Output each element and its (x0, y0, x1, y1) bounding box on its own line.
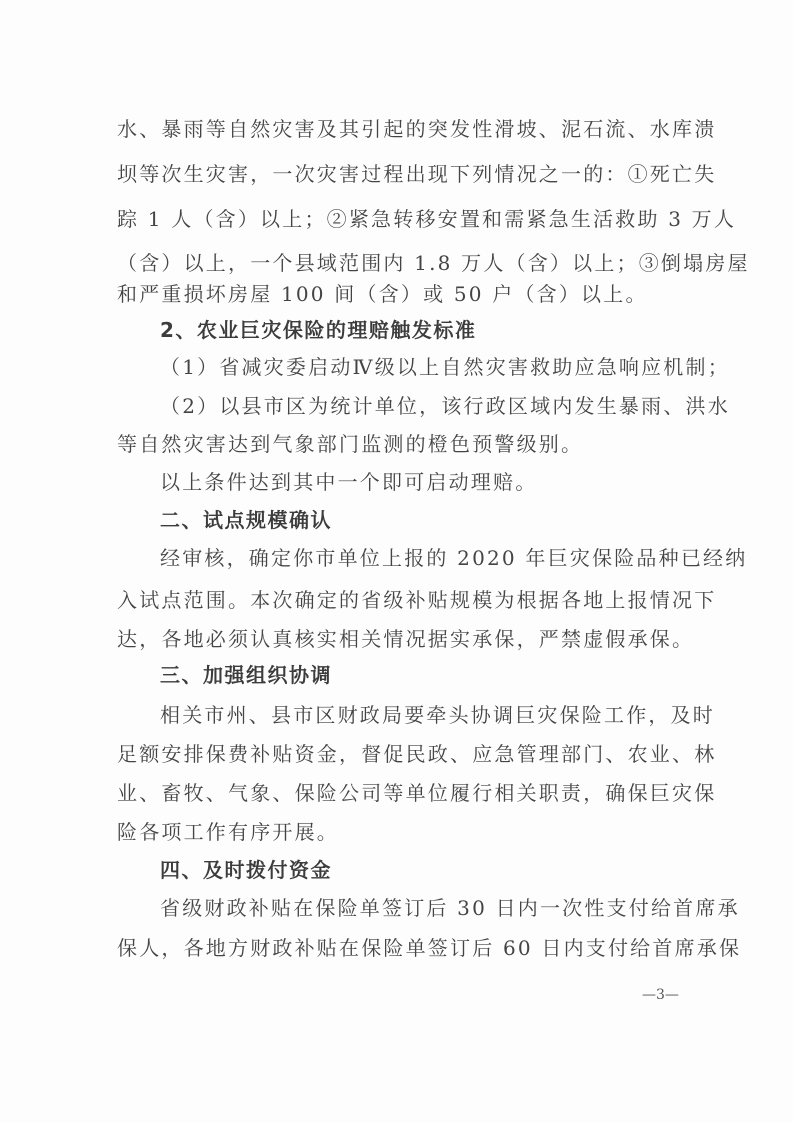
paragraph-line: （含）以上，一个县域范围内 1.8 万人（含）以上；③倒塌房屋 (117, 251, 682, 275)
paragraph-line: 等自然灾害达到气象部门监测的橙色预警级别。 (117, 432, 682, 456)
paragraph-line: 入试点范围。本次确定的省级补贴规模为根据各地上报情况下 (117, 588, 682, 612)
paragraph-line: （1）省减灾委启动Ⅳ级以上自然灾害救助应急响应机制； (160, 355, 725, 379)
paragraph-line: 经审核，确定你市单位上报的 2020 年巨灾保险品种已经纳 (160, 546, 725, 570)
paragraph-line: 相关市州、县市区财政局要牵头协调巨灾保险工作，及时 (160, 703, 725, 727)
paragraph-line: （2）以县市区为统计单位，该行政区域内发生暴雨、洪水 (160, 394, 725, 418)
paragraph-line: 达，各地必须认真核实相关情况据实承保，严禁虚假承保。 (117, 627, 682, 651)
paragraph-line: 和严重损坏房屋 100 间（含）或 50 户（含）以上。 (117, 282, 682, 306)
paragraph-line: 省级财政补贴在保险单签订后 30 日内一次性支付给首席承 (160, 896, 725, 920)
paragraph-line: 踪 1 人（含）以上；②紧急转移安置和需紧急生活救助 3 万人 (117, 207, 682, 231)
paragraph-line: 业、畜牧、气象、保险公司等单位履行相关职责，确保巨灾保 (117, 781, 682, 805)
section-heading: 二、试点规模确认 (160, 508, 725, 532)
section-heading: 2、农业巨灾保险的理赔触发标准 (160, 318, 725, 342)
paragraph-line: 水、暴雨等自然灾害及其引起的突发性滑坡、泥石流、水库溃 (117, 117, 682, 141)
document-page: 水、暴雨等自然灾害及其引起的突发性滑坡、泥石流、水库溃坝等次生灾害，一次灾害过程… (0, 0, 793, 1123)
paragraph-line: 足额安排保费补贴资金，督促民政、应急管理部门、农业、林 (117, 742, 682, 766)
paragraph-line: 坝等次生灾害，一次灾害过程出现下列情况之一的：①死亡失 (117, 162, 682, 186)
paragraph-line: 险各项工作有序开展。 (117, 820, 682, 844)
section-heading: 四、及时拨付资金 (160, 858, 725, 882)
section-heading: 三、加强组织协调 (160, 663, 725, 687)
paragraph-line: 保人，各地方财政补贴在保险单签订后 60 日内支付给首席承保 (117, 936, 682, 960)
page-number: —3— (642, 987, 679, 1003)
paragraph-line: 以上条件达到其中一个即可启动理赔。 (160, 470, 725, 494)
